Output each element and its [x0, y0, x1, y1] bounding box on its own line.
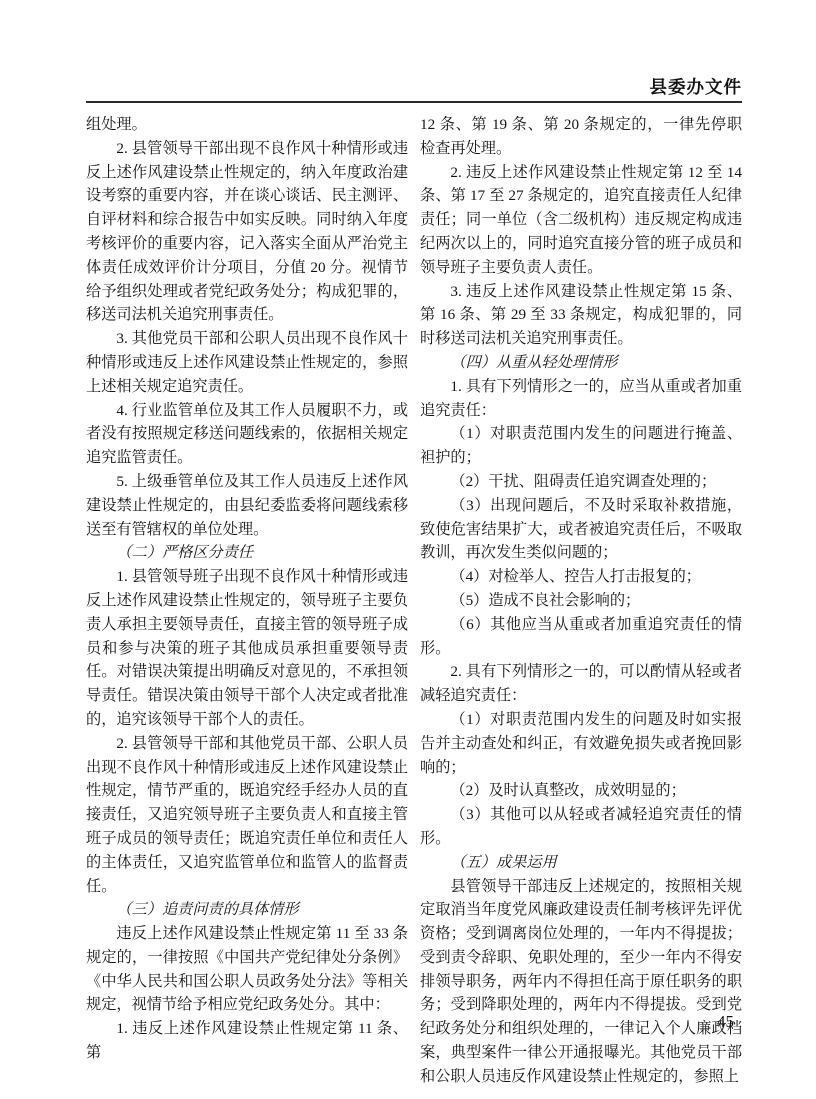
- paragraph: 3. 违反上述作风建设禁止性规定第 15 条、第 16 条、第 29 至 33 …: [420, 280, 742, 351]
- paragraph: （6）其他应当从重或者加重追究责任的情形。: [420, 613, 742, 661]
- paragraph: （5）造成不良社会影响的；: [420, 589, 742, 613]
- column-right: 12 条、第 19 条、第 20 条规定的，一律先停职检查再处理。2. 违反上述…: [420, 113, 742, 1089]
- document-content: 组处理。2. 县管领导干部出现不良作风十种情形或违反上述作风建设禁止性规定的，纳…: [86, 113, 742, 1089]
- document-page: 县委办文件 组处理。2. 县管领导干部出现不良作风十种情形或违反上述作风建设禁止…: [0, 0, 816, 1099]
- paragraph: （4）对检举人、控告人打击报复的；: [420, 565, 742, 589]
- paragraph: 4. 行业监管单位及其工作人员履职不力，或者没有按照规定移送问题线索的，依据相关…: [86, 399, 408, 470]
- section-heading: （四）从重从轻处理情形: [420, 351, 742, 375]
- paragraph: 县管领导干部违反上述规定的，按照相关规定取消当年度党风廉政建设责任制考核评先评优…: [420, 875, 742, 1089]
- paragraph: （3）其他可以从轻或者减轻追究责任的情形。: [420, 803, 742, 851]
- paragraph: 2. 具有下列情形之一的，可以酌情从轻或者减轻追究责任：: [420, 660, 742, 708]
- paragraph: 2. 县管领导干部和其他党员干部、公职人员出现不良作风十种情形或违反上述作风建设…: [86, 732, 408, 899]
- paragraph: 1. 县管领导班子出现不良作风十种情形或违反上述作风建设禁止性规定的，领导班子主…: [86, 565, 408, 732]
- column-left: 组处理。2. 县管领导干部出现不良作风十种情形或违反上述作风建设禁止性规定的，纳…: [86, 113, 408, 1089]
- paragraph: 2. 违反上述作风建设禁止性规定第 12 至 14 条、第 17 至 27 条规…: [420, 161, 742, 280]
- paragraph: （1）对职责范围内发生的问题及时如实报告并主动查处和纠正，有效避免损失或者挽回影…: [420, 708, 742, 779]
- paragraph: 2. 县管领导干部出现不良作风十种情形或违反上述作风建设禁止性规定的，纳入年度政…: [86, 137, 408, 327]
- paragraph: 12 条、第 19 条、第 20 条规定的，一律先停职检查再处理。: [420, 113, 742, 161]
- paragraph: 3. 其他党员干部和公职人员出现不良作风十种情形或违反上述作风建设禁止性规定的，…: [86, 327, 408, 398]
- paragraph: 组处理。: [86, 113, 408, 137]
- paragraph: （2）及时认真整改，成效明显的；: [420, 779, 742, 803]
- paragraph: （1）对职责范围内发生的问题进行掩盖、袒护的；: [420, 422, 742, 470]
- paragraph: 5. 上级垂管单位及其工作人员违反上述作风建设禁止性规定的，由县纪委监委将问题线…: [86, 470, 408, 541]
- header-title: 县委办文件: [86, 74, 742, 99]
- header-rule: [86, 101, 742, 103]
- paragraph: 违反上述作风建设禁止性规定第 11 至 33 条规定的，一律按照《中国共产党纪律…: [86, 922, 408, 1017]
- section-heading: （三）追责问责的具体情形: [86, 898, 408, 922]
- page-number: 45: [86, 1012, 734, 1032]
- paragraph: （3）出现问题后，不及时采取补救措施，致使危害结果扩大，或者被追究责任后，不吸取…: [420, 494, 742, 565]
- paragraph: 1. 具有下列情形之一的，应当从重或者加重追究责任：: [420, 375, 742, 423]
- section-heading: （二）严格区分责任: [86, 541, 408, 565]
- paragraph: （2）干扰、阻碍责任追究调查处理的；: [420, 470, 742, 494]
- section-heading: （五）成果运用: [420, 851, 742, 875]
